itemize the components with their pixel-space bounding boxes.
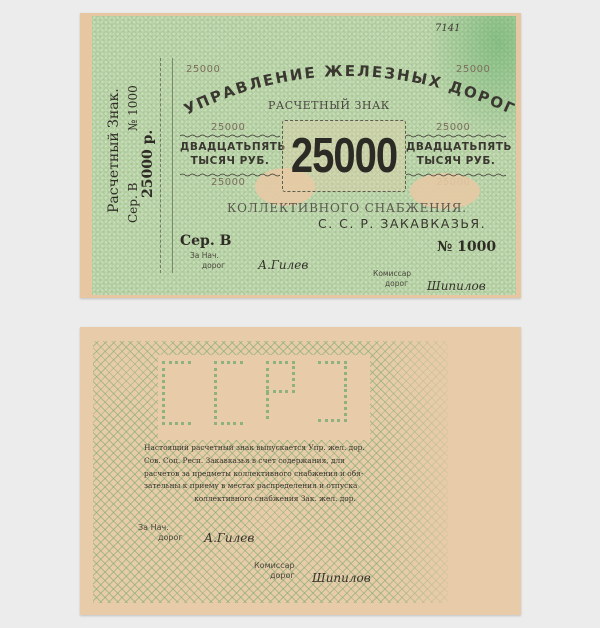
signature-left: А.Гилев bbox=[258, 258, 308, 272]
signature-left: А.Гилев bbox=[204, 531, 254, 545]
denomination-line: ТЫСЯЧ РУБ. bbox=[406, 154, 506, 168]
signature-right-label: Комиссар дорог bbox=[373, 269, 411, 289]
handwritten-number: 7141 bbox=[435, 23, 460, 34]
denomination-line: ДВАДЦАТЬПЯТЬ bbox=[406, 140, 506, 154]
banknote-front: 7141 Расчетный Знак. № 1000 Сер. В 25000… bbox=[80, 13, 521, 298]
subtitle: РАСЧЕТНЫЙ ЗНАК bbox=[268, 99, 390, 112]
declaration-line: расчетов за предметы коллективного снабж… bbox=[144, 468, 406, 481]
value-box: 25000 bbox=[282, 120, 406, 192]
signature-left-label: За Нач. дорог bbox=[190, 251, 225, 271]
stub-title: Расчетный Знак. bbox=[106, 88, 122, 213]
monogram-letter-c bbox=[214, 361, 243, 425]
label-line: дорог bbox=[373, 279, 411, 289]
label-line: дорог bbox=[190, 261, 225, 271]
back-declaration: Настоящий расчетный знак выпускается Упр… bbox=[144, 442, 406, 506]
banknote-back: ССРЗ Настоящий расчетный знак выпускаетс… bbox=[80, 327, 521, 615]
declaration-line: Сов. Соц. Респ. Закавказья в счет содерж… bbox=[144, 455, 406, 468]
denomination-line: ТЫСЯЧ РУБ. bbox=[180, 154, 280, 168]
wavy-rule bbox=[406, 134, 506, 138]
label-line: дорог bbox=[138, 533, 183, 543]
label-line: Комиссар bbox=[373, 269, 411, 279]
wavy-rule bbox=[180, 134, 280, 138]
monogram-letter-r-bowl bbox=[266, 361, 295, 393]
monogram-letter-z-top bbox=[318, 361, 347, 392]
denomination-line: ДВАДЦАТЬПЯТЬ bbox=[180, 140, 280, 154]
stub-number: № 1000 bbox=[126, 85, 140, 131]
collective-supply-line: КОЛЛЕКТИВНОГО СНАБЖЕНИЯ. bbox=[227, 201, 467, 215]
signature-right-label: Комиссар дорог bbox=[254, 561, 295, 581]
label-line: дорог bbox=[254, 571, 295, 581]
wavy-rule bbox=[180, 173, 280, 177]
declaration-line: коллективного снабжения Зак. жел. дор. bbox=[144, 493, 406, 506]
signature-right: Шипилов bbox=[312, 571, 371, 585]
serial-number: № 1000 bbox=[437, 239, 496, 255]
stub-perforation bbox=[160, 58, 161, 273]
stub-series: Сер. В bbox=[126, 183, 140, 223]
wavy-rule bbox=[406, 173, 506, 177]
declaration-line: зательны к приему в местах распределения… bbox=[144, 480, 406, 493]
arched-title: УПРАВЛЕНИЕ ЖЕЛЕЗНЫХ ДОРОГ bbox=[170, 46, 530, 126]
monogram-panel: ССРЗ bbox=[158, 355, 370, 440]
region-line: С. С. Р. ЗАКАВКАЗЬЯ. bbox=[318, 216, 486, 231]
monogram-letter-z-bottom bbox=[318, 389, 347, 422]
corner-number: 25000 bbox=[211, 177, 245, 188]
series-label: Сер. В bbox=[180, 233, 231, 249]
label-line: За Нач. bbox=[190, 251, 225, 261]
label-line: Комиссар bbox=[254, 561, 295, 571]
label-line: За Нач. bbox=[138, 523, 183, 533]
signature-left-label: За Нач. дорог bbox=[138, 523, 183, 543]
denomination-words-right: ДВАДЦАТЬПЯТЬ ТЫСЯЧ РУБ. bbox=[406, 140, 506, 168]
denomination-words-left: ДВАДЦАТЬПЯТЬ ТЫСЯЧ РУБ. bbox=[180, 140, 280, 168]
declaration-line: Настоящий расчетный знак выпускается Упр… bbox=[144, 442, 406, 455]
stub-value: 25000 р. bbox=[140, 130, 156, 198]
signature-right: Шипилов bbox=[427, 279, 486, 293]
denomination-value: 25000 bbox=[291, 129, 397, 184]
